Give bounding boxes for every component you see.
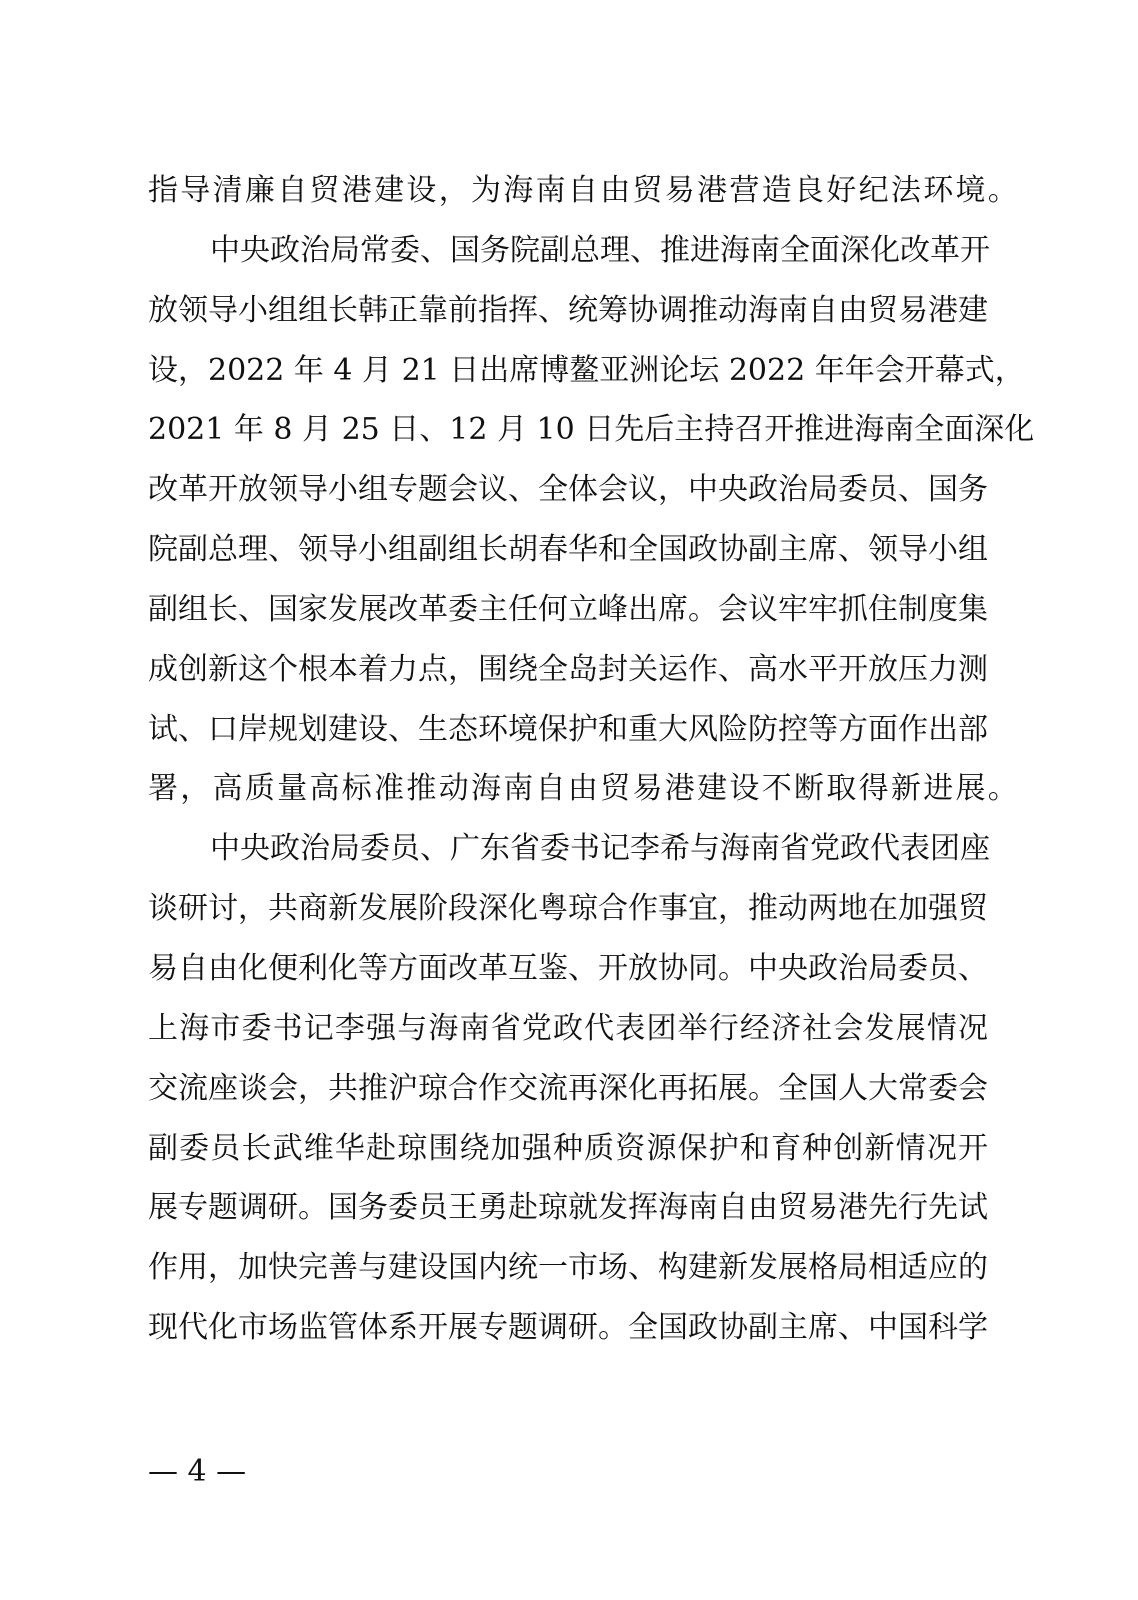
text-line: 成创新这个根本着力点，围绕全岛封关运作、高水平开放压力测 [148, 640, 988, 700]
text-line: 现代化市场监管体系开展专题调研。全国政协副主席、中国科学 [148, 1298, 988, 1358]
text-line: 交流座谈会，共推沪琼合作交流再深化再拓展。全国人大常委会 [148, 1059, 988, 1119]
text-line: 作用，加快完善与建设国内统一市场、构建新发展格局相适应的 [148, 1238, 988, 1298]
text-line: 指导清廉自贸港建设，为海南自由贸易港营造良好纪法环境。 [148, 161, 988, 221]
text-line: 副组长、国家发展改革委主任何立峰出席。会议牢牢抓住制度集 [148, 580, 988, 640]
text-line: 院副总理、领导小组副组长胡春华和全国政协副主席、领导小组 [148, 520, 988, 580]
text-line: 上海市委书记李强与海南省党政代表团举行经济社会发展情况 [148, 999, 988, 1059]
page-number: — 4 — [148, 1452, 246, 1492]
text-line: 中央政治局常委、国务院副总理、推进海南全面深化改革开 [148, 221, 988, 281]
text-line: 署，高质量高标准推动海南自由贸易港建设不断取得新进展。 [148, 759, 988, 819]
body-text: 指导清廉自贸港建设，为海南自由贸易港营造良好纪法环境。 中央政治局常委、国务院副… [148, 161, 988, 1358]
text-line: 谈研讨，共商新发展阶段深化粤琼合作事宜，推动两地在加强贸 [148, 879, 988, 939]
text-line: 展专题调研。国务委员王勇赴琼就发挥海南自由贸易港先行先试 [148, 1178, 988, 1238]
text-line: 副委员长武维华赴琼围绕加强种质资源保护和育种创新情况开 [148, 1119, 988, 1179]
document-page: 指导清廉自贸港建设，为海南自由贸易港营造良好纪法环境。 中央政治局常委、国务院副… [0, 0, 1138, 1600]
text-line: 试、口岸规划建设、生态环境保护和重大风险防控等方面作出部 [148, 700, 988, 760]
text-line: 中央政治局委员、广东省委书记李希与海南省党政代表团座 [148, 819, 988, 879]
text-line: 易自由化便利化等方面改革互鉴、开放协同。中央政治局委员、 [148, 939, 988, 999]
text-line: 设，2022 年 4 月 21 日出席博鳌亚洲论坛 2022 年年会开幕式， [148, 341, 988, 401]
text-line: 放领导小组组长韩正靠前指挥、统筹协调推动海南自由贸易港建 [148, 281, 988, 341]
text-line: 改革开放领导小组专题会议、全体会议，中央政治局委员、国务 [148, 460, 988, 520]
text-line: 2021 年 8 月 25 日、12 月 10 日先后主持召开推进海南全面深化 [148, 400, 988, 460]
